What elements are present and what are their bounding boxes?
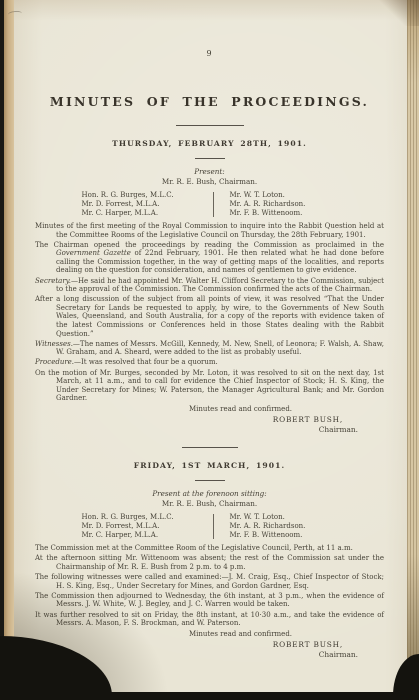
signature-title: Chairman. xyxy=(35,425,384,434)
italic-text: Witnesses. xyxy=(35,340,73,348)
body-paragraph: Witnesses.—The names of Messrs. McGill, … xyxy=(35,340,384,357)
scanned-page: 9 MINUTES OF THE PROCEEDINGS. THURSDAY, … xyxy=(0,0,419,700)
member-item: Mr. A. R. Richardson. xyxy=(230,522,338,531)
present-label: Present at the forenoon sitting: xyxy=(35,489,384,498)
member-item: Mr. C. Harper, M.L.A. xyxy=(82,531,197,540)
page-content: 9 MINUTES OF THE PROCEEDINGS. THURSDAY, … xyxy=(0,49,419,659)
confirmation-line: Minutes read and confirmed. xyxy=(35,405,384,413)
body-paragraph: Minutes of the first meeting of the Roya… xyxy=(35,222,384,239)
member-item: Mr. A. R. Richardson. xyxy=(230,200,338,209)
session-date-heading: THURSDAY, FEBRUARY 28TH, 1901. xyxy=(35,139,384,148)
member-column-left: Hon. R. G. Burges, M.L.C.Mr. D. Forrest,… xyxy=(82,191,197,218)
heading-rule xyxy=(195,480,225,481)
member-item: Mr. W. T. Loton. xyxy=(230,513,338,522)
page-edges-right xyxy=(407,0,419,693)
body-paragraph: Procedure.—It was resolved that four be … xyxy=(35,358,384,367)
body-paragraph: After a long discussion of the subject f… xyxy=(35,295,384,338)
member-column-divider xyxy=(213,514,214,539)
member-column-left: Hon. R. G. Burges, M.L.C.Mr. D. Forrest,… xyxy=(82,513,197,540)
member-item: Mr. F. B. Wittenoom. xyxy=(230,531,338,540)
member-item: Hon. R. G. Burges, M.L.C. xyxy=(82,191,197,200)
text: On the motion of Mr. Burges, seconded by… xyxy=(35,369,384,403)
text: —The names of Messrs. McGill, Kennedy, M… xyxy=(56,340,384,357)
bottom-right-corner-curve xyxy=(393,654,419,700)
signature-block: ROBERT BUSH, Chairman. xyxy=(35,415,384,435)
members-list: Hon. R. G. Burges, M.L.C.Mr. D. Forrest,… xyxy=(35,513,384,540)
italic-text: Government Gazette xyxy=(56,249,131,257)
text: The Commission met at the Committee Room… xyxy=(35,544,353,552)
body-paragraph: The Commission met at the Committee Room… xyxy=(35,544,384,553)
binding-strip xyxy=(4,0,14,700)
member-column-divider xyxy=(213,192,214,217)
member-item: Hon. R. G. Burges, M.L.C. xyxy=(82,513,197,522)
italic-text: Procedure. xyxy=(35,358,74,366)
body-paragraph: Secretary.—He said he had appointed Mr. … xyxy=(35,277,384,294)
member-column-right: Mr. W. T. Loton.Mr. A. R. Richardson.Mr.… xyxy=(230,191,338,218)
member-item: Mr. D. Forrest, M.L.A. xyxy=(82,200,197,209)
pencil-mark xyxy=(8,10,23,17)
signature-name: ROBERT BUSH, xyxy=(35,415,384,424)
italic-text: Secretary. xyxy=(35,277,71,285)
document-title: MINUTES OF THE PROCEEDINGS. xyxy=(35,94,384,109)
member-column-right: Mr. W. T. Loton.Mr. A. R. Richardson.Mr.… xyxy=(230,513,338,540)
members-list: Hon. R. G. Burges, M.L.C.Mr. D. Forrest,… xyxy=(35,191,384,218)
heading-rule xyxy=(195,158,225,159)
body-paragraph: The Chairman opened the proceedings by r… xyxy=(35,241,384,275)
text: After a long discussion of the subject f… xyxy=(35,295,384,337)
minutes-paragraphs: Minutes of the first meeting of the Roya… xyxy=(35,222,384,403)
page-number: 9 xyxy=(35,49,384,58)
text: —It was resolved that four be a quorum. xyxy=(74,358,218,366)
member-item: Mr. D. Forrest, M.L.A. xyxy=(82,522,197,531)
top-right-corner-shade xyxy=(371,0,419,26)
chairman-line: Mr. R. E. Bush, Chairman. xyxy=(35,499,384,508)
member-item: Mr. C. Harper, M.L.A. xyxy=(82,209,197,218)
text: Minutes of the first meeting of the Roya… xyxy=(35,222,384,239)
chairman-line: Mr. R. E. Bush, Chairman. xyxy=(35,177,384,186)
member-item: Mr. F. B. Wittenoom. xyxy=(230,209,338,218)
text: —He said he had appointed Mr. Walter H. … xyxy=(56,277,384,294)
section-divider-rule xyxy=(182,447,238,448)
text: At the afternoon sitting Mr. Wittenoom w… xyxy=(35,554,384,571)
title-rule xyxy=(176,125,244,126)
body-paragraph: On the motion of Mr. Burges, seconded by… xyxy=(35,369,384,403)
session-thursday: THURSDAY, FEBRUARY 28TH, 1901. Present: … xyxy=(35,139,384,434)
present-label: Present: xyxy=(35,167,384,176)
session-date-heading: FRIDAY, 1ST MARCH, 1901. xyxy=(35,461,384,470)
text: The Chairman opened the proceedings by r… xyxy=(35,241,384,249)
member-item: Mr. W. T. Loton. xyxy=(230,191,338,200)
